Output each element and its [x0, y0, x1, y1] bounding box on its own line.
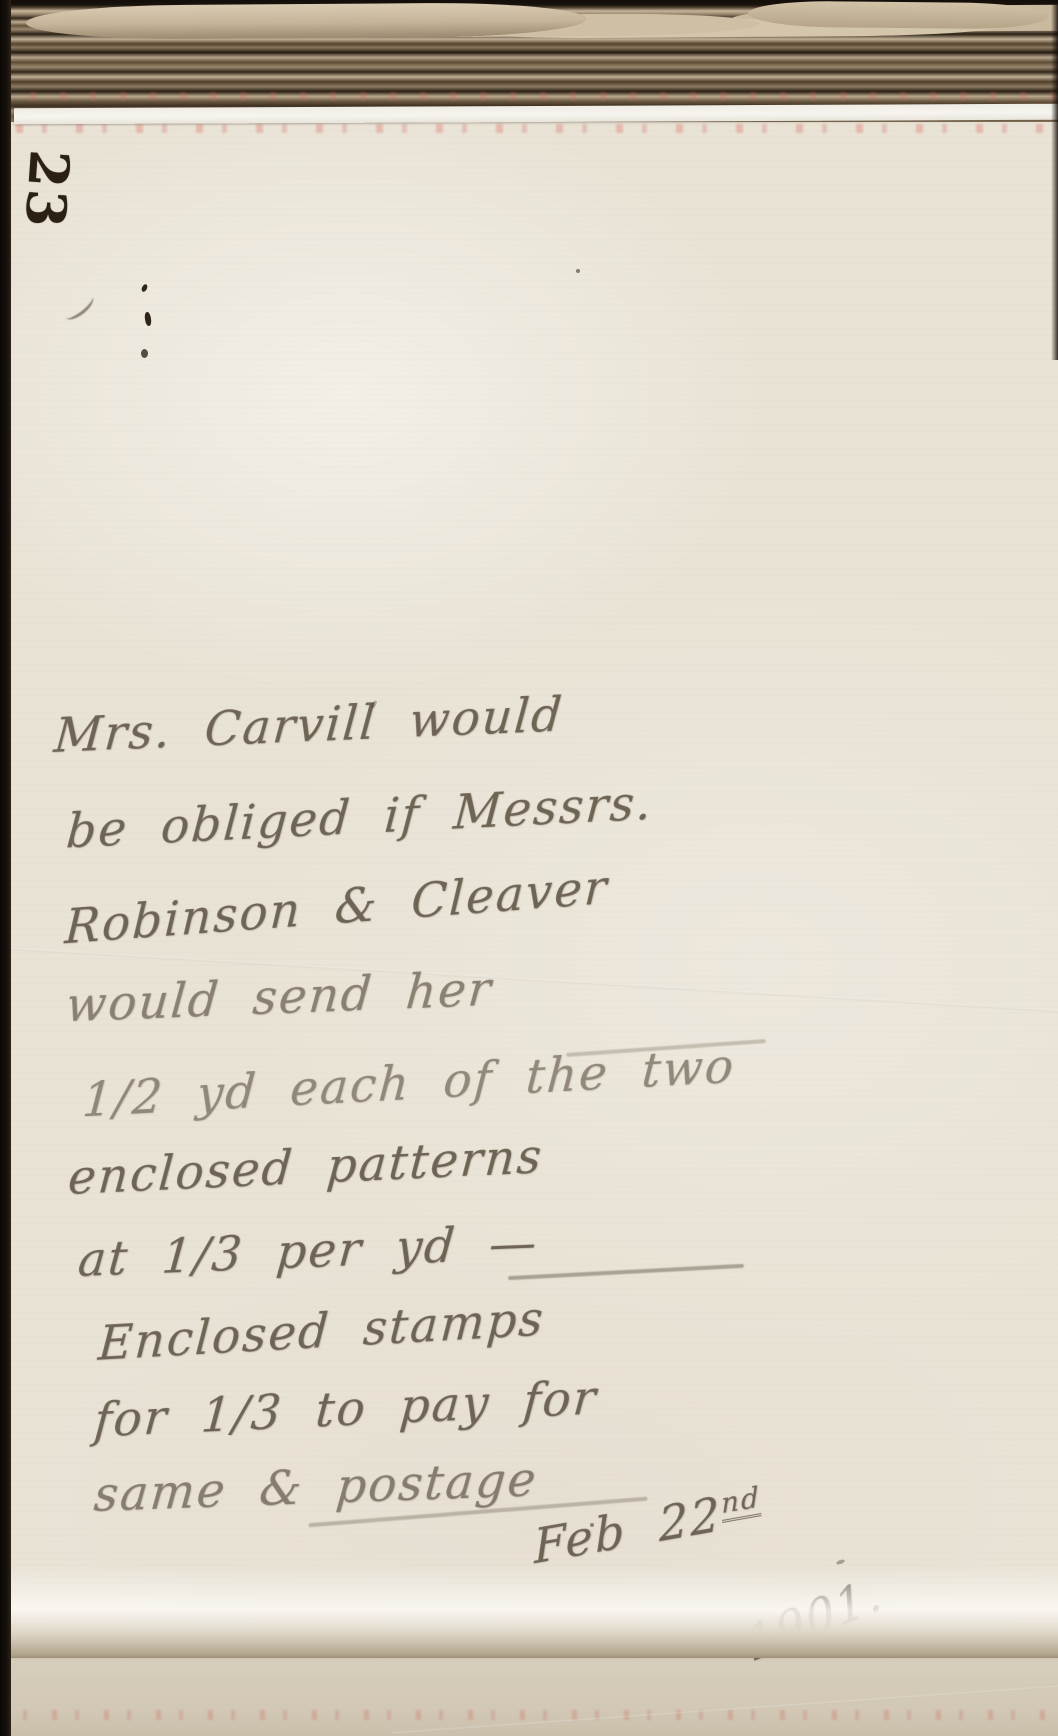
ink-speck — [141, 349, 148, 358]
page-bottom-fold — [10, 1566, 1058, 1658]
red-edge-speckles — [0, 92, 1058, 100]
date-ordinal: nd — [721, 1480, 762, 1523]
red-edge-speckles — [0, 1710, 1058, 1720]
book-edge-right — [1051, 0, 1058, 360]
book-edge-left — [0, 0, 11, 1736]
torn-page-edge — [26, 2, 586, 40]
scanned-letter-page: Mrs. Carvill would be obliged if Messrs.… — [0, 0, 1058, 1736]
ink-speck — [590, 1523, 594, 1527]
torn-page-edge — [748, 0, 1048, 29]
letter-page: Mrs. Carvill would be obliged if Messrs.… — [10, 118, 1058, 1658]
page-number: 23 — [14, 148, 82, 212]
red-edge-stain — [16, 124, 1058, 133]
ink-speck — [576, 269, 580, 273]
